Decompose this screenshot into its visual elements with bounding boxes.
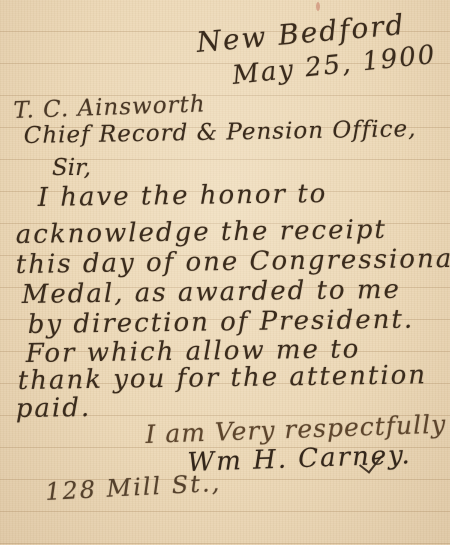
sender-address: 128 Mill St., bbox=[45, 469, 222, 506]
body-line-7: thank you for the attention bbox=[18, 360, 428, 396]
paper-speck bbox=[316, 2, 320, 11]
letter-page: New Bedford May 25, 1900 T. C. Ainsworth… bbox=[0, 0, 450, 545]
recipient-name: T. C. Ainsworth bbox=[13, 91, 206, 124]
recipient-title: Chief Record & Pension Office, bbox=[24, 116, 417, 149]
body-line-8: paid. bbox=[16, 393, 92, 424]
salutation: Sir, bbox=[52, 155, 91, 181]
body-line-1: I have the honor to bbox=[38, 179, 328, 213]
